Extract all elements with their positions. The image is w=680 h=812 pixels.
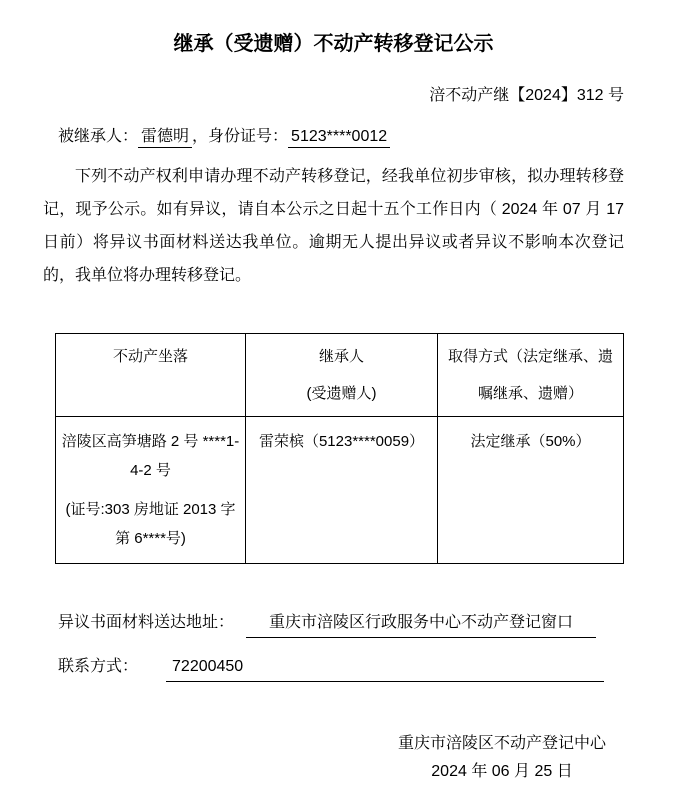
issue-date: 2024 年 06 月 25 日	[394, 760, 610, 784]
table-header-row: 不动产坐落 继承人 (受遗赠人) 取得方式（法定继承、遗嘱继承、遗赠）	[56, 334, 624, 417]
cell-acquire-method: 法定继承（50%）	[438, 417, 624, 564]
cell-property-location: 涪陵区高笋塘路 2 号 ****1-4-2 号 (证号:303 房地证 2013…	[56, 417, 246, 564]
property-address: 涪陵区高笋塘路 2 号 ****1-4-2 号	[60, 427, 241, 485]
table-data-row: 涪陵区高笋塘路 2 号 ****1-4-2 号 (证号:303 房地证 2013…	[56, 417, 624, 564]
decedent-name: 雷德明	[138, 128, 192, 148]
col-header-heir-line1: 继承人	[251, 338, 432, 375]
property-cert-number: (证号:303 房地证 2013 字第 6****号)	[60, 495, 241, 553]
contact-value: 72200450	[166, 656, 604, 682]
decedent-id-number: 5123****0012	[288, 128, 390, 148]
notice-document: 继承（受遗赠）不动产转移登记公示 涪不动产继【2024】312 号 被继承人：雷…	[0, 0, 680, 812]
doc-number: 涪不动产继【2024】312 号	[43, 86, 624, 106]
decedent-label: 被继承人：	[58, 128, 138, 145]
col-header-heir: 继承人 (受遗赠人)	[246, 334, 438, 417]
decedent-id-label: ，身份证号：	[192, 128, 288, 145]
contact-line: 联系方式：72200450	[43, 656, 624, 682]
col-header-property-location: 不动产坐落	[56, 334, 246, 417]
signature-block: 重庆市涪陵区不动产登记中心 2024 年 06 月 25 日	[394, 732, 610, 784]
cell-heir: 雷荣槟（5123****0059）	[246, 417, 438, 564]
decedent-line: 被继承人：雷德明，身份证号：5123****0012	[43, 126, 624, 148]
col-header-heir-line2: (受遗赠人)	[251, 375, 432, 412]
objection-address-value: 重庆市涪陵区行政服务中心不动产登记窗口	[246, 612, 596, 638]
notice-body-paragraph: 下列不动产权利申请办理不动产转移登记，经我单位初步审核，拟办理转移登记，现予公示…	[43, 160, 624, 292]
objection-address-line: 异议书面材料送达地址：重庆市涪陵区行政服务中心不动产登记窗口	[43, 612, 624, 638]
col-header-acquire-method: 取得方式（法定继承、遗嘱继承、遗赠）	[438, 334, 624, 417]
contact-label: 联系方式：	[58, 658, 138, 675]
page-title: 继承（受遗赠）不动产转移登记公示	[43, 32, 624, 56]
property-table: 不动产坐落 继承人 (受遗赠人) 取得方式（法定继承、遗嘱继承、遗赠） 涪陵区高…	[55, 333, 624, 564]
issuing-org: 重庆市涪陵区不动产登记中心	[394, 732, 610, 756]
objection-address-label: 异议书面材料送达地址：	[58, 614, 234, 631]
